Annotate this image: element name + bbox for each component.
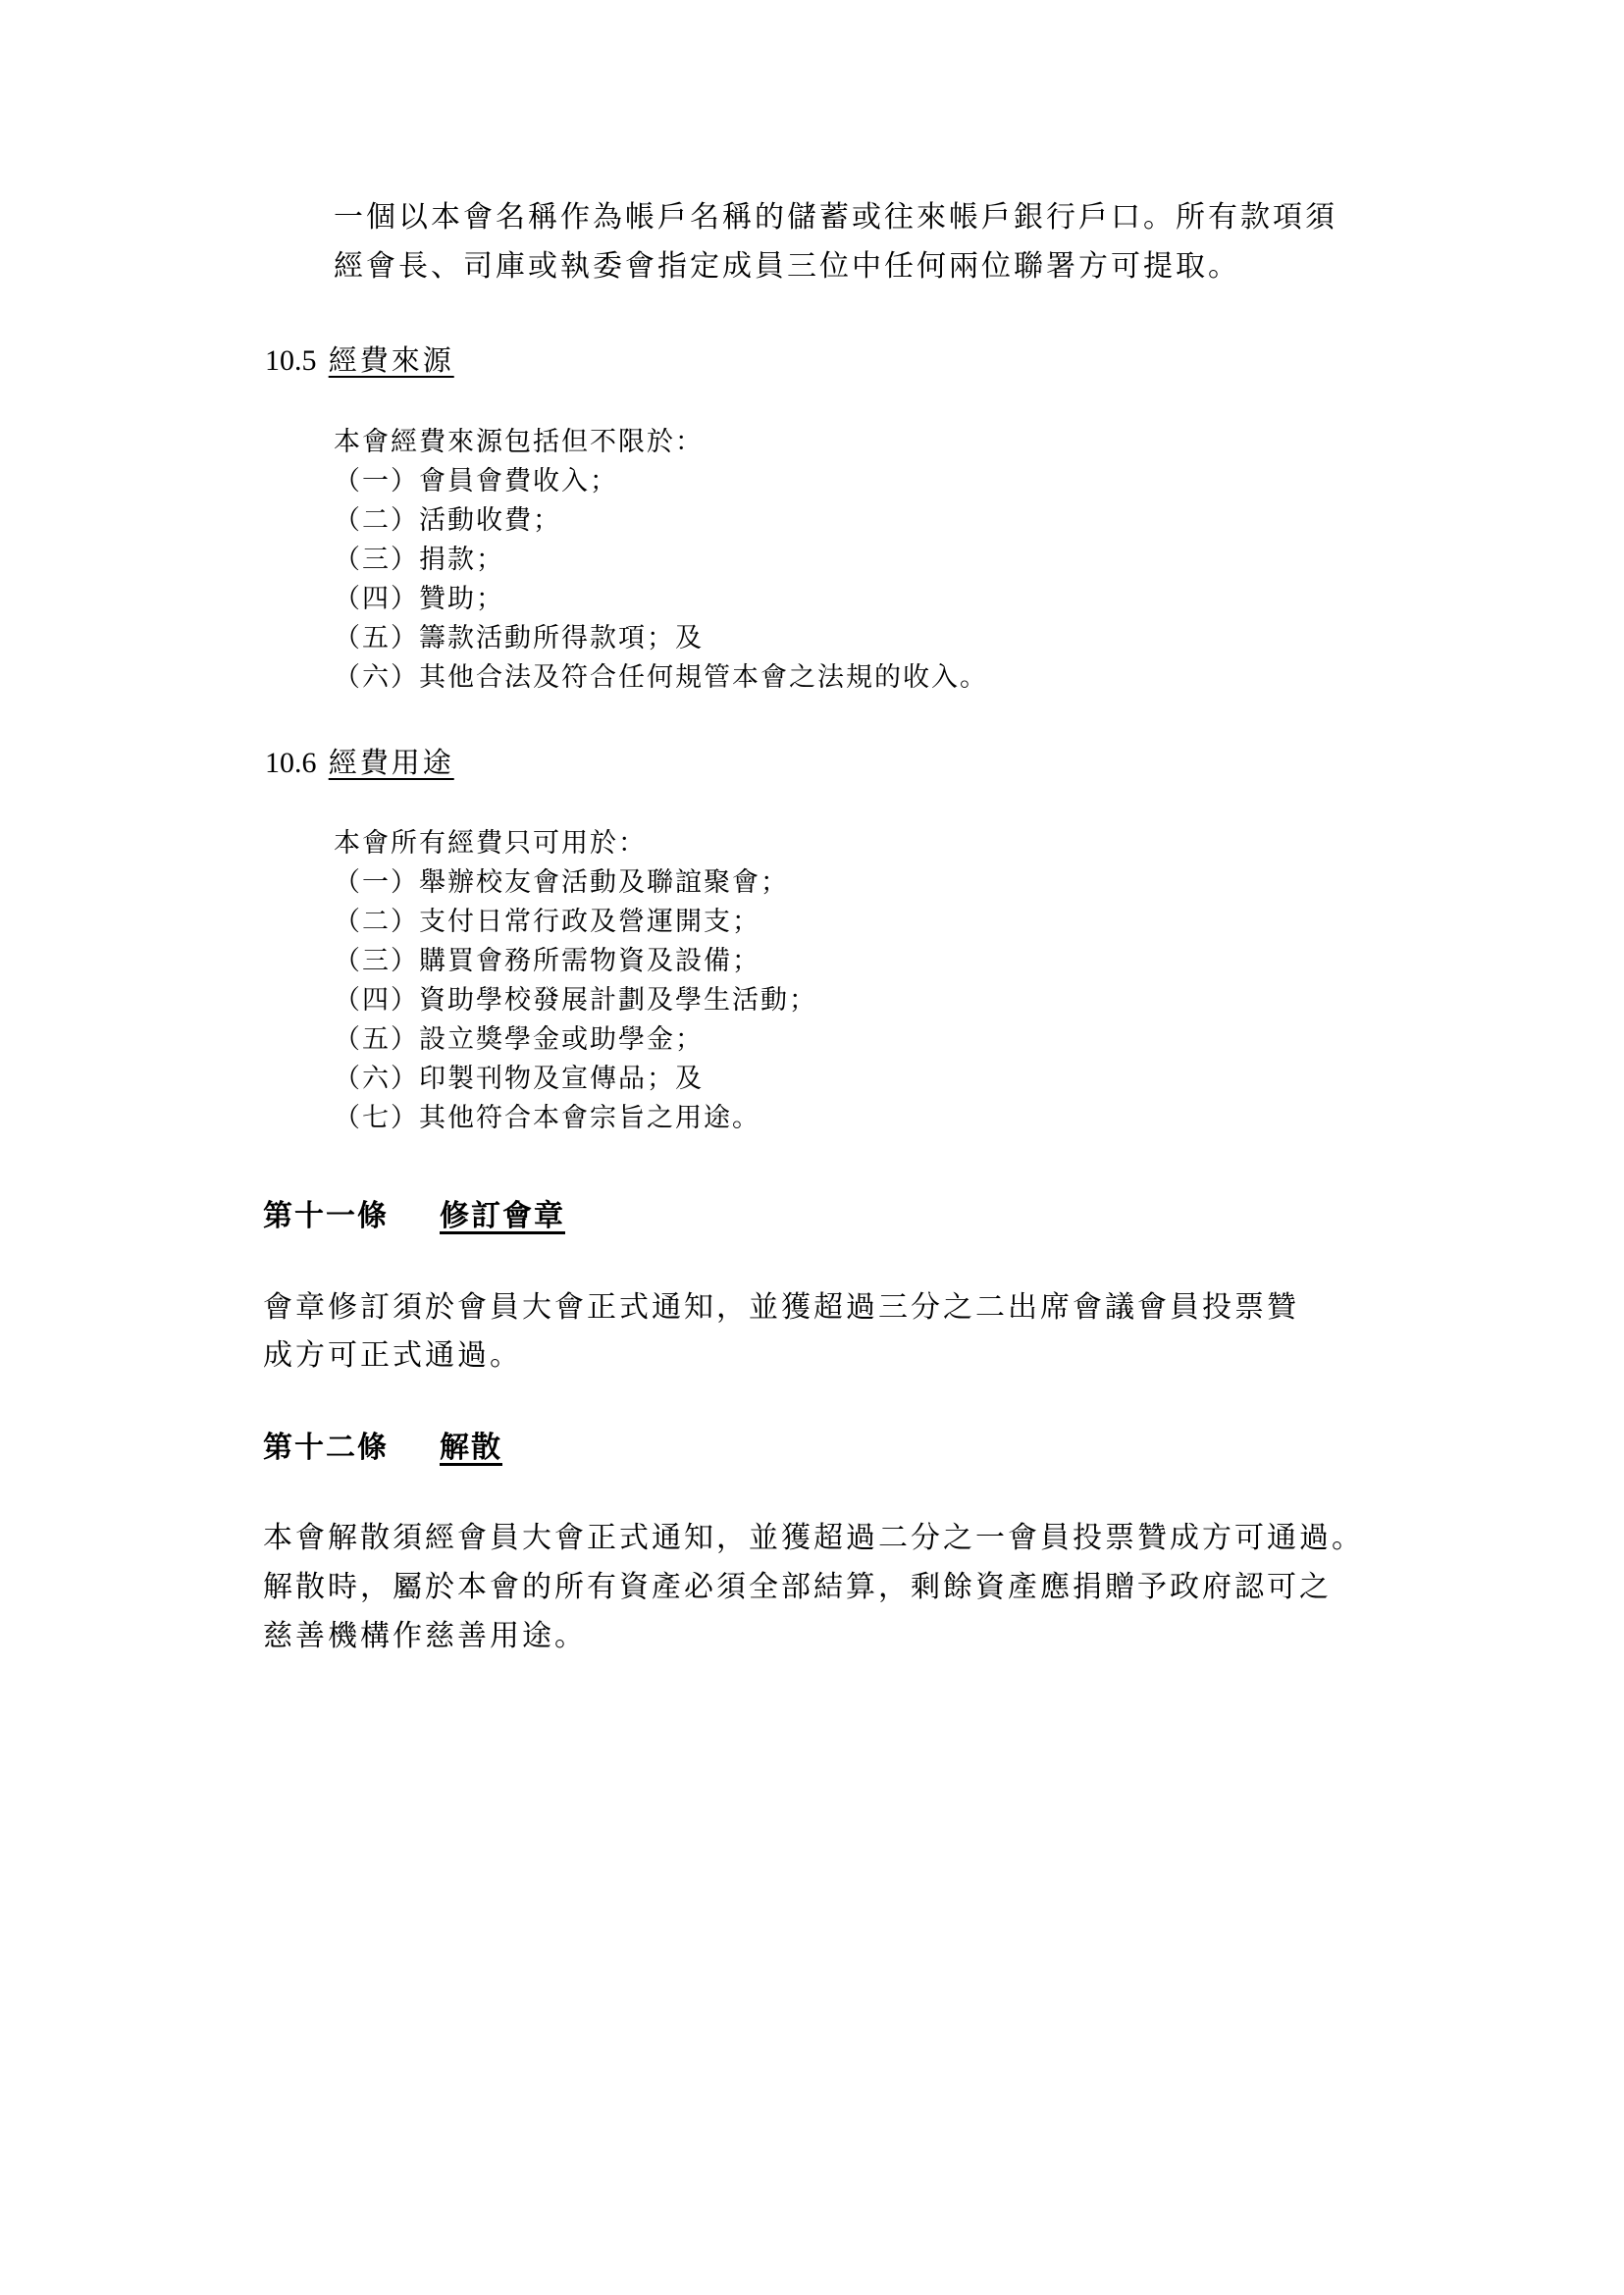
- list-item: （四）資助學校發展計劃及學生活動；: [334, 981, 817, 1020]
- paragraph-line: 本會解散須經會員大會正式通知，並獲超過二分之一會員投票贊成方可通過。: [263, 1519, 1364, 1558]
- article-number: 第十二條: [263, 1429, 440, 1468]
- list-item: （三）捐款；: [334, 541, 504, 580]
- article-title: 解散: [440, 1431, 502, 1465]
- paragraph-line: 慈善機構作慈善用途。: [263, 1617, 587, 1656]
- section-heading-10-5: 10.5 經費來源: [265, 340, 454, 381]
- section-number: 10.6: [265, 747, 317, 779]
- paragraph-line: 會章修訂須於會員大會正式通知，並獲超過三分之二出席會議會員投票贊: [263, 1288, 1299, 1328]
- list-item: （四）贊助；: [334, 580, 504, 619]
- list-item: （二）活動收費；: [334, 501, 561, 541]
- list-item: （三）購買會務所需物資及設備；: [334, 942, 760, 981]
- article-heading-12: 第十二條解散: [263, 1429, 502, 1468]
- section-heading-10-6: 10.6 經費用途: [265, 743, 454, 783]
- article-title: 修訂會章: [440, 1199, 565, 1233]
- paragraph-line: 解散時，屬於本會的所有資產必須全部結算，剩餘資產應捐贈予政府認可之: [263, 1568, 1332, 1607]
- section-intro: 本會經費來源包括但不限於：: [334, 423, 704, 462]
- article-number: 第十一條: [263, 1197, 440, 1236]
- paragraph-line: 一個以本會名稱作為帳戶名稱的儲蓄或往來帳戶銀行戶口。所有款項須: [334, 198, 1337, 237]
- section-title: 經費用途: [329, 746, 454, 779]
- section-intro: 本會所有經費只可用於：: [334, 824, 647, 863]
- document-page: 一個以本會名稱作為帳戶名稱的儲蓄或往來帳戶銀行戶口。所有款項須 經會長、司庫或執…: [0, 0, 1624, 2295]
- article-heading-11: 第十一條修訂會章: [263, 1197, 565, 1236]
- list-item: （六）其他合法及符合任何規管本會之法規的收入。: [334, 658, 988, 698]
- paragraph-line: 經會長、司庫或執委會指定成員三位中任何兩位聯署方可提取。: [334, 247, 1240, 287]
- paragraph-line: 成方可正式通過。: [263, 1336, 522, 1376]
- list-item: （二）支付日常行政及營運開支；: [334, 903, 760, 942]
- list-item: （五）設立獎學金或助學金；: [334, 1020, 704, 1060]
- list-item: （一）會員會費收入；: [334, 462, 618, 501]
- list-item: （七）其他符合本會宗旨之用途。: [334, 1099, 760, 1138]
- section-title: 經費來源: [329, 343, 454, 377]
- section-number: 10.5: [265, 344, 317, 377]
- list-item: （五）籌款活動所得款項；及: [334, 619, 704, 658]
- list-item: （六）印製刊物及宣傳品；及: [334, 1060, 704, 1099]
- list-item: （一）舉辦校友會活動及聯誼聚會；: [334, 863, 789, 903]
